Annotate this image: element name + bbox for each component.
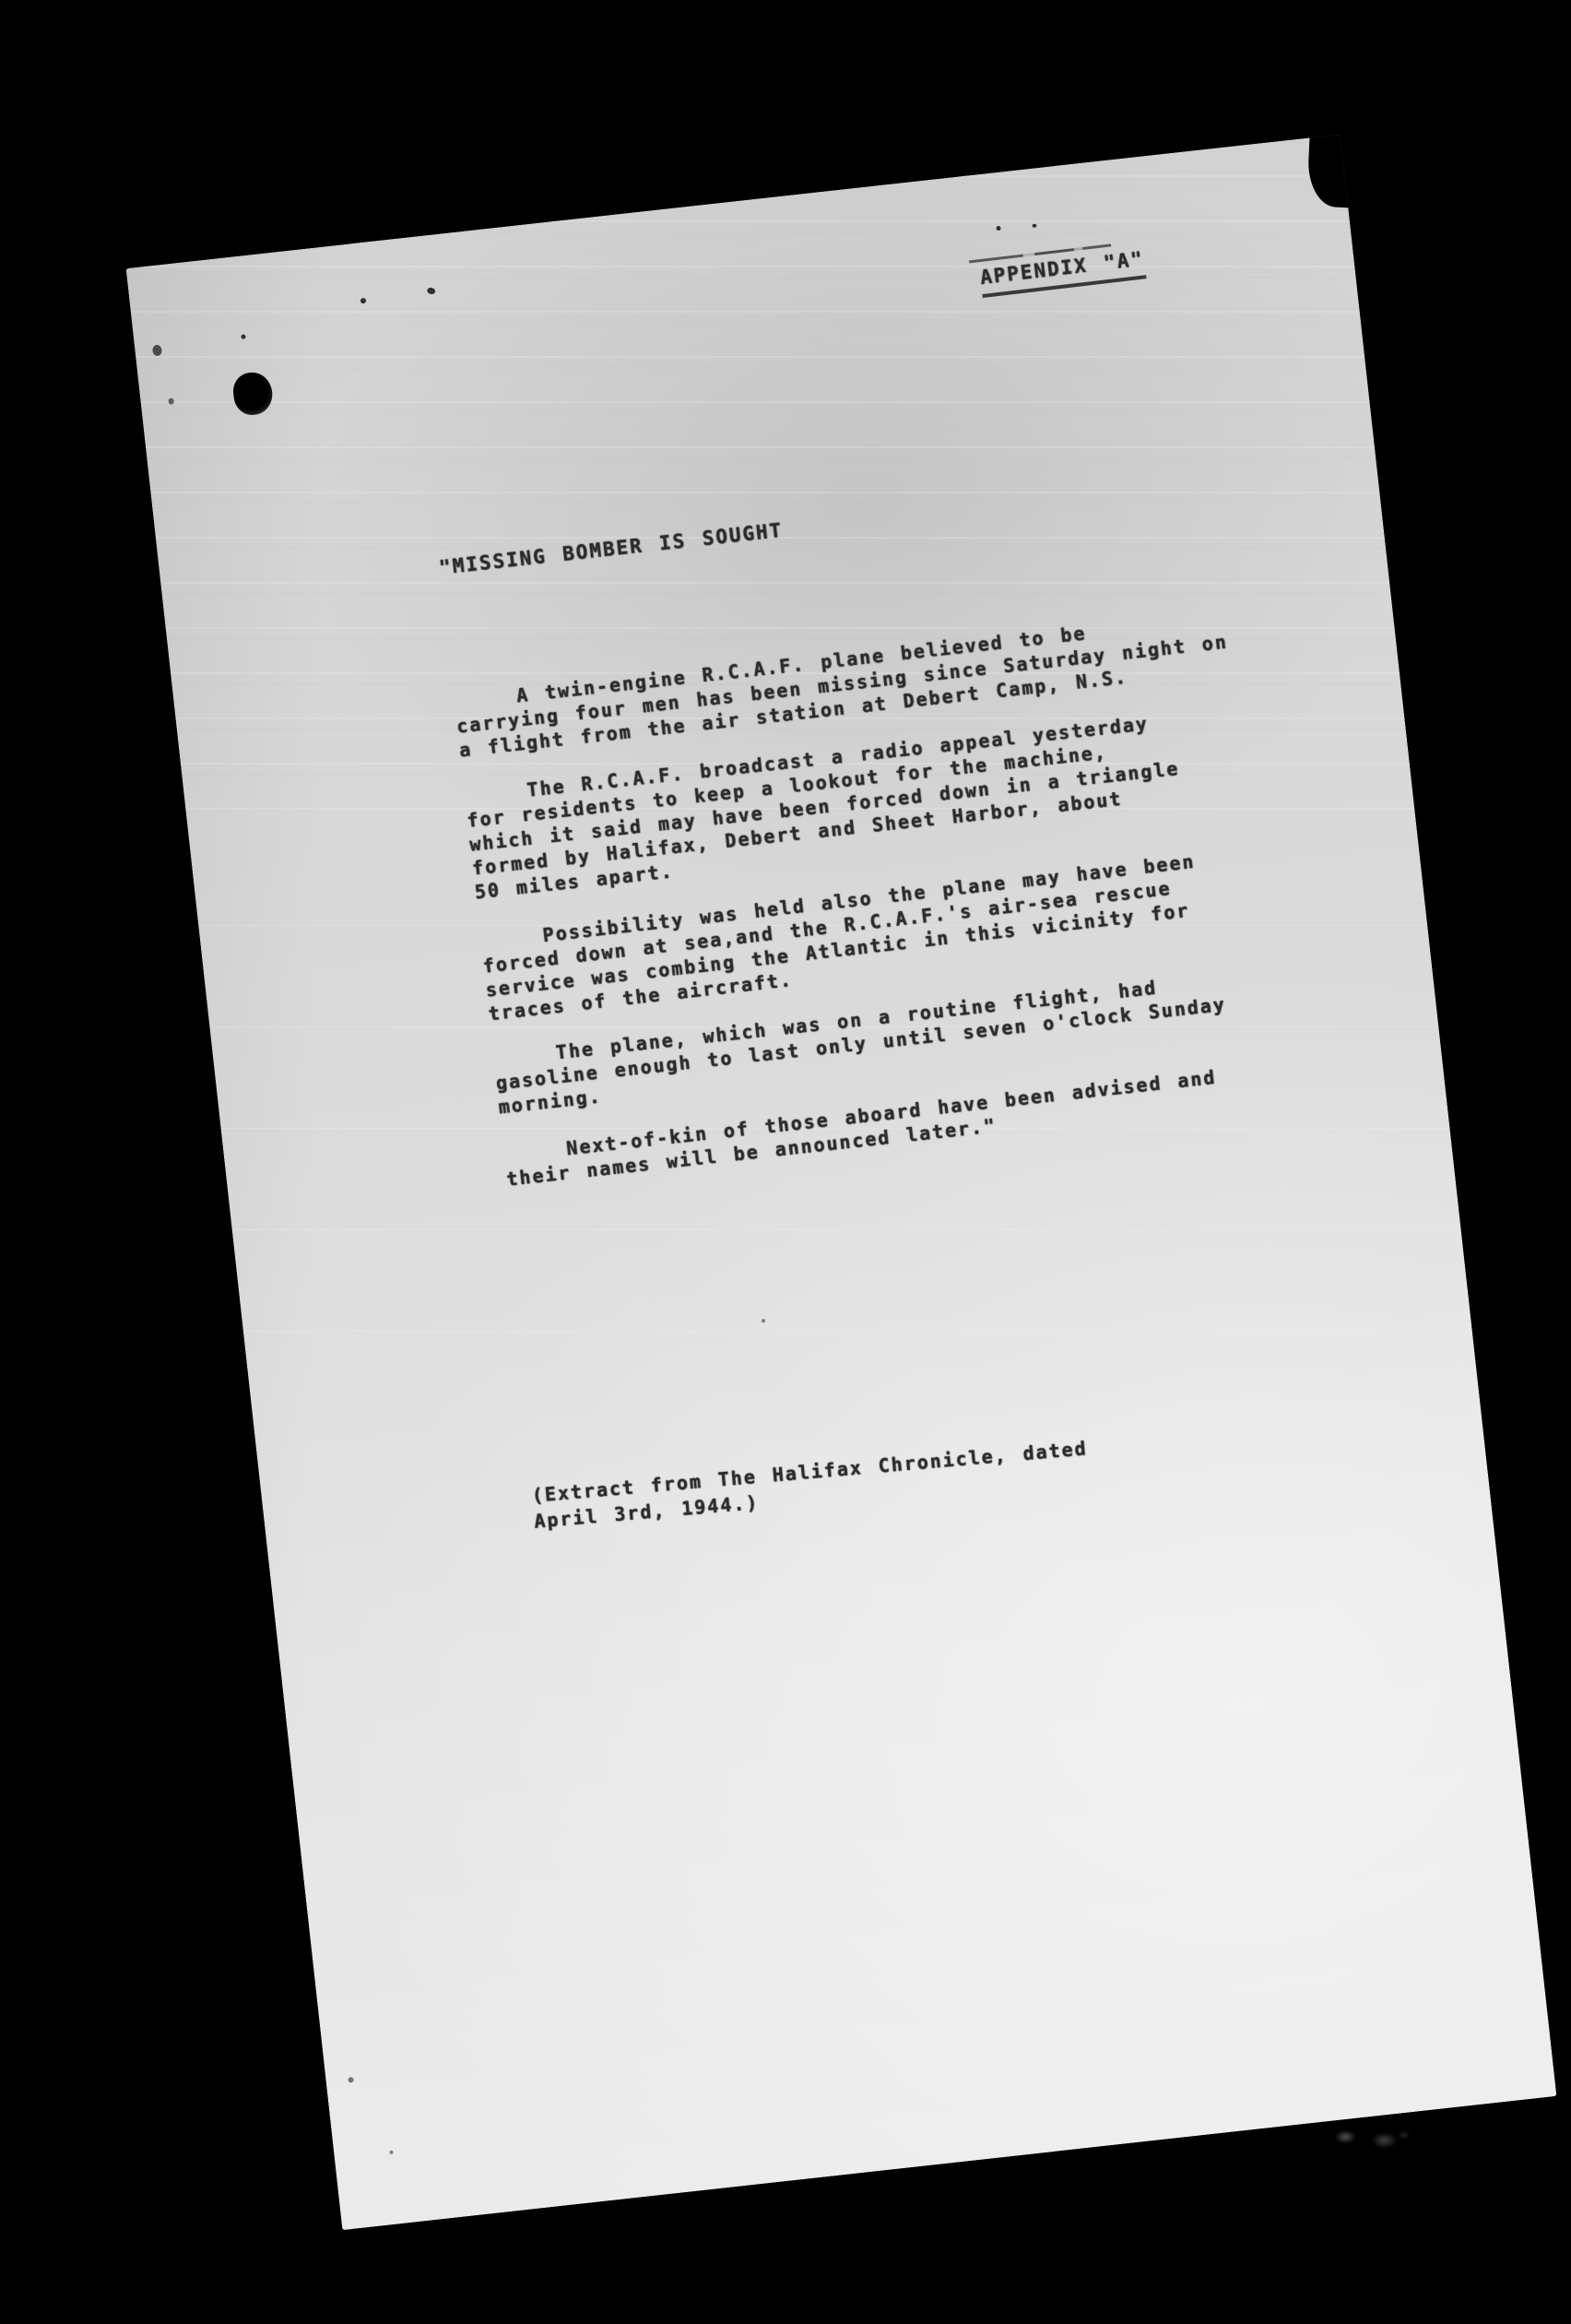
scan-mat: APPENDIX "A" "MISSING BOMBER IS SOUGHT A… (0, 0, 1571, 2324)
paper-speck (360, 298, 367, 304)
paper-speck (762, 1319, 765, 1322)
paper-speck (168, 397, 174, 405)
article-body: A twin-engine R.C.A.F. plane believed to… (453, 598, 1353, 1215)
scanned-document-page: APPENDIX "A" "MISSING BOMBER IS SOUGHT A… (126, 135, 1557, 2230)
paper-speck (427, 287, 436, 295)
article-title: "MISSING BOMBER IS SOUGHT (438, 518, 785, 580)
source-note: (Extract from The Halifax Chronicle, dat… (531, 1435, 1091, 1534)
paper-speck (1032, 223, 1036, 228)
paper-speck (241, 334, 246, 339)
corner-marking (1329, 2121, 1418, 2156)
paper-speck (348, 2077, 354, 2083)
corner-tear (1306, 135, 1364, 208)
paper-speck (389, 2151, 393, 2154)
paper-speck (996, 226, 1001, 231)
appendix-label: APPENDIX "A" (979, 246, 1147, 298)
paper-speck (152, 344, 162, 356)
ink-spot (231, 371, 275, 417)
